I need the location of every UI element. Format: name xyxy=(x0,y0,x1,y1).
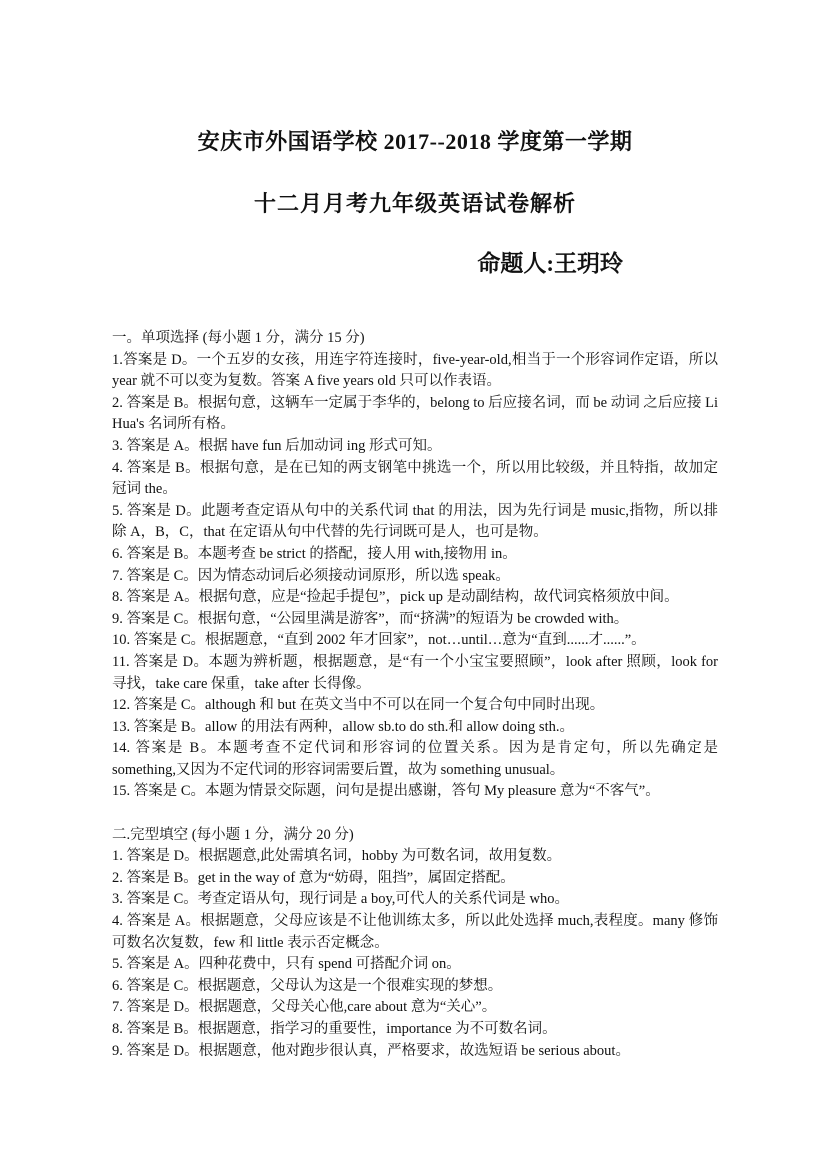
answer-item-2-8: 8. 答案是 B。根据题意，指学习的重要性，importance 为不可数名词。 xyxy=(112,1019,718,1041)
document-subtitle: 十二月月考九年级英语试卷解析 xyxy=(112,190,718,218)
document-content: 安庆市外国语学校 2017--2018 学度第一学期 十二月月考九年级英语试卷解… xyxy=(112,118,718,1062)
answer-item-2-7: 7. 答案是 D。根据题意，父母关心他,care about 意为“关心”。 xyxy=(112,997,718,1019)
answer-item-1-1: 1.答案是 D。一个五岁的女孩，用连字符连接时，five-year-old,相当… xyxy=(112,350,718,393)
answer-item-1-5: 5. 答案是 D。此题考查定语从句中的关系代词 that 的用法，因为先行词是 … xyxy=(112,501,718,544)
answer-item-1-2: 2. 答案是 B。根据句意，这辆车一定属于李华的，belong to 后应接名词… xyxy=(112,393,718,436)
answer-item-1-7: 7. 答案是 C。因为情态动词后必须接动词原形，所以选 speak。 xyxy=(112,566,718,588)
answer-item-2-4: 4. 答案是 A。根据题意，父母应该是不让他训练太多，所以此处选择 much,表… xyxy=(112,911,718,954)
section-1-heading: 一。单项选择 (每小题 1 分，满分 15 分) xyxy=(112,328,718,350)
answer-item-1-4: 4. 答案是 B。根据句意，是在已知的两支钢笔中挑选一个，所以用比较级，并且特指… xyxy=(112,458,718,501)
section-single-choice: 一。单项选择 (每小题 1 分，满分 15 分) 1.答案是 D。一个五岁的女孩… xyxy=(112,328,718,803)
answer-item-2-3: 3. 答案是 C。考查定语从句，现行词是 a boy,可代人的关系代词是 who… xyxy=(112,889,718,911)
author-line: 命题人:王玥玲 xyxy=(112,250,718,278)
answer-item-1-8: 8. 答案是 A。根据句意，应是“捡起手提包”，pick up 是动副结构，故代… xyxy=(112,587,718,609)
section-2-heading: 二.完型填空 (每小题 1 分，满分 20 分) xyxy=(112,825,718,847)
document-title: 安庆市外国语学校 2017--2018 学度第一学期 xyxy=(112,128,718,156)
section-cloze: 二.完型填空 (每小题 1 分，满分 20 分) 1. 答案是 D。根据题意,此… xyxy=(112,825,718,1063)
answer-item-1-11: 11. 答案是 D。本题为辨析题，根据题意，是“有一个小宝宝要照顾”，look … xyxy=(112,652,718,695)
answer-item-1-9: 9. 答案是 C。根据句意，“公园里满是游客”，而“挤满”的短语为 be cro… xyxy=(112,609,718,631)
document-body: 一。单项选择 (每小题 1 分，满分 15 分) 1.答案是 D。一个五岁的女孩… xyxy=(112,328,718,1062)
answer-item-1-13: 13. 答案是 B。allow 的用法有两种，allow sb.to do st… xyxy=(112,717,718,739)
answer-item-2-1: 1. 答案是 D。根据题意,此处需填名词，hobby 为可数名词，故用复数。 xyxy=(112,846,718,868)
answer-item-1-10: 10. 答案是 C。根据题意，“直到 2002 年才回家”，not…until…… xyxy=(112,630,718,652)
answer-item-2-2: 2. 答案是 B。get in the way of 意为“妨碍，阻挡”，属固定… xyxy=(112,868,718,890)
answer-item-2-5: 5. 答案是 A。四种花费中，只有 spend 可搭配介词 on。 xyxy=(112,954,718,976)
answer-item-1-6: 6. 答案是 B。本题考查 be strict 的搭配，接人用 with,接物用… xyxy=(112,544,718,566)
answer-item-2-9: 9. 答案是 D。根据题意，他对跑步很认真，严格要求，故选短语 be serio… xyxy=(112,1041,718,1063)
answer-item-1-3: 3. 答案是 A。根据 have fun 后加动词 ing 形式可知。 xyxy=(112,436,718,458)
answer-item-2-6: 6. 答案是 C。根据题意，父母认为这是一个很难实现的梦想。 xyxy=(112,976,718,998)
answer-item-1-12: 12. 答案是 C。although 和 but 在英文当中不可以在同一个复合句… xyxy=(112,695,718,717)
answer-item-1-15: 15. 答案是 C。本题为情景交际题，问句是提出感谢，答句 My pleasur… xyxy=(112,781,718,803)
answer-item-1-14: 14. 答案是 B。本题考查不定代词和形容词的位置关系。因为是肯定句，所以先确定… xyxy=(112,738,718,781)
document-page: 安庆市外国语学校 2017--2018 学度第一学期 十二月月考九年级英语试卷解… xyxy=(0,0,827,1169)
